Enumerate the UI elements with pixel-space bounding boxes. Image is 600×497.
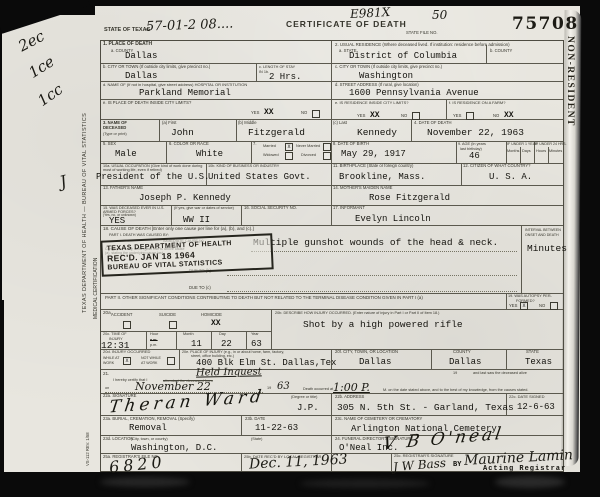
field-20c-hour-label: Hour [150,332,158,336]
field-23b-label: 23b. DATE [245,417,265,422]
field-18-interval-value: Minutes [527,243,567,254]
field-7-divorced-label: Divorced [301,153,316,157]
field-1e-yes-mark: XX [264,108,274,117]
field-1e-label: e. IS PLACE OF DEATH INSIDE CITY LIMITS? [103,101,191,106]
field-2f-no-mark: XX [504,111,514,120]
field-21-held-inquest-handwriting: Held Inquest [196,366,262,378]
field-3-title2: DECEASED [103,126,126,131]
field-23d-sublabel2: (State) [251,437,262,441]
field-16-label: 16. SOCIAL SECURITY NO. [244,206,297,211]
field-part2-label: PART II. OTHER SIGNIFICANT CONDITIONS CO… [105,295,503,300]
field-20d-notwhile-label1: NOT WHILE [141,356,161,360]
field-2e-no-checkbox [412,112,420,120]
field-1c-value: 2 Hrs. [269,72,301,82]
field-20c-am-label: a.m. [150,338,158,342]
field-19-no-checkbox [550,302,558,310]
field-9-value: 46 [469,151,480,161]
field-7-married-label: Married [263,144,276,148]
field-21-year-handwriting: 63 [277,381,290,392]
field-20c-day-value: 22 [221,339,232,349]
field-2e-yes-mark: XX [370,111,380,120]
field-21-time-handwriting: 1:00 P. [333,381,370,394]
field-9-under24hrs-label: IF UNDER 24 HRS. [535,142,567,146]
field-3b-value: Fitzgerald [248,127,305,138]
field-7-widowed-checkbox [285,152,293,160]
field-14-label: 14. MOTHER'S MAIDEN NAME [333,186,392,191]
field-10b-label: 10b. KIND OF BUSINESS OR INDUSTRY [208,164,279,168]
field-1c-label2: IN 1b. [259,70,269,74]
death-certificate-scan: 2ec 1ce 1cc J STATE OF TEXAS 57-01-2 08.… [0,0,600,497]
field-15-war-value: WW II [183,215,210,225]
field-20a-suicide-checkbox [169,321,177,329]
field-19-no-label: NO [539,304,545,309]
margin-medical-certification-label: MEDICAL CERTIFICATION [94,244,100,319]
field-22a-degree-value: J.P. [297,403,319,413]
field-23c-label: 23c. NAME OF CEMETERY OR CREMATORY [335,417,422,422]
field-20b-label: 20b. DESCRIBE HOW INJURY OCCURRED. (Ente… [275,311,439,315]
field-18-part1-label: PART I. DEATH WAS CAUSED BY: [109,233,169,237]
field-3c-value: Kennedy [357,127,397,138]
field-22b-value: 305 N. 5th St. - Garland, Texas [337,402,514,413]
field-8-label: 8. DATE OF BIRTH [333,142,369,147]
field-20a-suicide-label: SUICIDE [159,313,176,318]
field-20f-state-label: STATE [526,350,539,355]
field-5-value: Male [115,149,137,159]
field-7-never-married-label: Never Married [296,144,320,148]
field-22c-value: 12-6-63 [517,402,555,412]
field-21-death-occurred-label: Death occurred at [303,387,333,391]
margin-dept-label: TEXAS DEPARTMENT OF HEALTH — BUREAU OF V… [82,98,88,313]
field-9-months-label: Months [507,149,519,153]
field-20b-value: Shot by a high powered rifle [303,319,463,330]
field-20f-state-value: Texas [525,357,552,367]
field-25c-acting-registrar-label: Acting Registrar [483,465,566,473]
field-1b-label: b. CITY OR TOWN (If outside city limits,… [103,65,210,70]
field-23a-label: 23a. BURIAL, CREMATION, REMOVAL (Specify… [103,417,195,422]
field-15-war-label: (If yes, give war or dates of service) [174,206,238,210]
field-12-value: U. S. A. [489,172,532,182]
field-23a-value: Removal [129,423,167,433]
field-3c-label: (c) Last [333,121,347,126]
field-20d-notwhile-checkbox [167,357,175,365]
field-18-label: 18. CAUSE OF DEATH [Enter only one cause… [103,226,254,231]
field-4-label: 4. DATE OF DEATH [414,121,452,126]
field-20f-label: 20f. CITY, TOWN, OR LOCATION [335,350,398,355]
field-1d-label: d. NAME OF (If not in hospital, give str… [103,83,247,88]
field-20f-county-value: Dallas [449,357,481,367]
field-3b-label: (b) Middle [238,121,257,126]
field-1-title: 1. PLACE OF DEATH [103,42,152,48]
certificate-form: 1. PLACE OF DEATH a. COUNTY Dallas 2. US… [100,40,564,472]
handwritten-fifty: 50 [432,8,447,22]
field-21-tail2-text: M. on the date stated above, and to the … [383,388,528,392]
scan-edge-left-low [0,300,4,472]
scan-noise [495,476,565,488]
field-22b-label: 22b. ADDRESS [335,395,364,400]
field-18-cause-value: Multiple gunshot wounds of the head & ne… [253,237,498,248]
margin-form-number: VS-112 REV. 1/58 [86,416,91,466]
field-20c-year-label: Year [251,332,259,336]
field-20d-notwhile-label2: AT WORK [141,361,157,365]
field-2a-value: District of Columbia [349,51,457,61]
field-2d-value: 1600 Pennsylvania Avenue [349,88,479,98]
non-resident-label: NON-RESIDENT [564,36,575,127]
scan-noise [100,477,190,487]
field-9-days-label: Days [522,149,531,153]
field-12-label: 12. CITIZEN OF WHAT COUNTRY? [463,164,530,169]
field-3-title3: (Type or print) [103,132,127,136]
field-2e-no-label: NO [401,114,407,119]
field-1b-value: Dallas [125,71,157,81]
certificate-title: CERTIFICATE OF DEATH [286,20,407,30]
field-18-interval-label1: INTERVAL BETWEEN [525,228,561,232]
field-20a-homicide-mark: XX [211,319,221,328]
field-9-minutes-label: Minutes [549,149,562,153]
field-21-19b-label: 19 [267,386,271,390]
field-17-label: 17. INFORMANT [333,206,365,211]
field-20f-county-label: COUNTY [453,350,471,355]
state-of-texas-label: STATE OF TEXAS [104,27,150,33]
field-7-married-checkbox: X [285,143,293,151]
field-2b-label: b. COUNTY [490,49,512,54]
field-20c-year-value: 63 [251,339,262,349]
field-5-label: 5. SEX [103,142,116,147]
field-11-label: 11. BIRTHPLACE (State or foreign country… [333,164,413,169]
field-3a-label: (a) First [162,121,176,126]
field-2e-yes-label: YES [357,114,365,119]
field-7-widowed-label: Widowed [263,153,279,157]
field-7-label: 7. [253,142,257,147]
field-20a-homicide-label: HOMICIDE [201,313,222,318]
field-20c-pm-label: p.m. [150,343,157,347]
field-10a-value: President of the U.S. [96,172,209,182]
field-8-value: May 29, 1917 [341,149,406,159]
field-9-label1: 9. AGE (In years [458,142,486,146]
field-3a-value: John [171,127,194,138]
handwritten-district-code: 57-01-2 08.... [146,16,234,34]
field-7-never-married-checkbox [323,143,331,151]
field-20a-accident-checkbox [123,321,131,329]
field-1d-value: Parkland Memorial [139,88,231,98]
field-23d-sublabel1: (City, town, or county) [131,437,168,441]
received-stamp: TEXAS DEPARTMENT OF HEALTH REC'D. JAN 18… [100,233,273,276]
field-2f-yes-checkbox [466,112,474,120]
field-20c-label1: 20c. TIME OF [103,332,127,336]
field-19-yes-label: YES [509,304,517,309]
field-21-19a-label: 19 [453,371,457,375]
field-23b-value: 11-22-63 [255,423,298,433]
field-20c-month-label: Month [183,332,194,336]
field-20d-while-label2: WORK [103,361,114,365]
field-2c-label: c. CITY OR TOWN (If outside city limits,… [335,65,442,70]
field-20f-value: Dallas [359,357,391,367]
field-2f-label: f. IS RESIDENCE ON A FARM? [449,101,505,106]
field-14-value: Rose Fitzgerald [369,193,450,203]
field-2f-no-label: NO [493,114,499,119]
field-1e-yes-label: YES [251,111,259,116]
field-2-title: 2. USUAL RESIDENCE (Where deceased lived… [335,42,510,47]
field-22a-degree-label: (Degree or title) [291,395,317,399]
field-1e-no-checkbox [312,110,320,118]
field-25c-by-label: BY [453,461,461,469]
field-6-value: White [196,149,223,159]
state-file-no-label: STATE FILE NO. [406,31,438,36]
field-23d-label: 23d. LOCATION [103,437,133,442]
field-2c-value: Washington [359,71,413,81]
field-20a-accident-label: ACCIDENT [111,313,132,318]
field-6-label: 6. COLOR OR RACE [169,142,209,147]
field-20d-label: 20d. INJURY OCCURRED [103,350,150,355]
field-9-under1yr-label: IF UNDER 1 YEAR [507,142,538,146]
field-22c-label: 22c. DATE SIGNED [509,395,545,400]
field-21-tail1-text: and last saw the deceased alive [473,371,527,375]
field-17-value: Evelyn Lincoln [355,214,431,224]
handwritten-cause-code: E981X [350,5,391,21]
scan-edge-right [580,0,600,497]
field-1e-no-label: NO [301,111,307,116]
field-13-label: 13. FATHER'S NAME [103,186,143,191]
field-15-value: YES [109,216,125,226]
field-9-hours-label: Hours [536,149,546,153]
field-4-value: November 22, 1963 [427,127,524,138]
field-20c-day-label: Day [219,332,226,336]
field-7-divorced-checkbox [323,152,331,160]
field-2e-label: e. IS RESIDENCE INSIDE CITY LIMITS? [335,101,409,106]
field-21-number: 21. [103,371,109,376]
field-10b-value: United States Govt. [208,172,311,182]
field-11-value: Brookline, Mass. [339,172,425,182]
field-13-value: Joseph P. Kennedy [139,193,231,203]
field-1a-value: Dallas [125,51,157,61]
field-2f-yes-label: YES [453,114,461,119]
scan-noise [300,479,430,488]
field-19-label1: 19. WAS AUTOPSY PER- [508,294,552,298]
field-20d-while-checkbox: X [123,357,131,365]
field-1c-label: c. LENGTH OF STAY [259,65,295,69]
field-20c-month-value: 11 [191,339,202,349]
field-18-due-c-label: DUE TO (c) [189,286,211,291]
field-18-interval-label2: ONSET AND DEATH [525,233,559,237]
field-21-on-label: on [105,386,109,390]
field-19-yes-checkbox: X [520,302,528,310]
field-20d-while-label1: WHILE AT [103,356,120,360]
state-file-number: 75708 [512,15,579,35]
field-23d-value: Washington, D.C. [131,443,217,453]
